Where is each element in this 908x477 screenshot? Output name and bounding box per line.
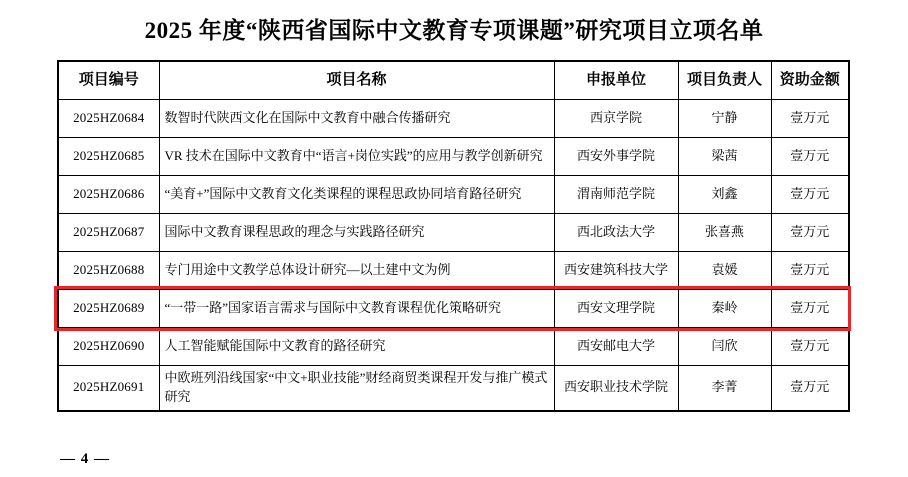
col-header-funding-amount: 资助金额 <box>771 61 849 100</box>
project-name: 国际中文教育课程思政的理念与实践路径研究 <box>159 214 554 252</box>
project-leader: 张喜燕 <box>678 214 771 252</box>
project-leader: 闫欣 <box>678 328 771 366</box>
applicant-unit: 西安邮电大学 <box>554 328 678 366</box>
project-name: “美育+”国际中文教育文化类课程的课程思政协同培育路径研究 <box>159 176 554 214</box>
project-leader: 宁静 <box>678 100 771 138</box>
table-row: 2025HZ0684 数智时代陕西文化在国际中文教育中融合传播研究 西京学院 宁… <box>58 100 849 138</box>
project-id: 2025HZ0686 <box>58 176 159 214</box>
table-header-row: 项目编号 项目名称 申报单位 项目负责人 资助金额 <box>58 61 849 100</box>
project-leader: 李菁 <box>678 366 771 411</box>
table-row-highlighted: 2025HZ0689 “一带一路”国家语言需求与国际中文教育课程优化策略研究 西… <box>58 290 849 328</box>
table-row: 2025HZ0685 VR 技术在国际中文教育中“语言+岗位实践”的应用与教学创… <box>58 138 849 176</box>
applicant-unit: 西安文理学院 <box>554 290 678 328</box>
applicant-unit: 西安职业技术学院 <box>554 366 678 411</box>
applicant-unit: 渭南师范学院 <box>554 176 678 214</box>
page-title: 2025 年度“陕西省国际中文教育专项课题”研究项目立项名单 <box>0 12 908 45</box>
table-row: 2025HZ0691 中欧班列沿线国家“中文+职业技能”财经商贸类课程开发与推广… <box>58 366 849 411</box>
project-id: 2025HZ0691 <box>58 366 159 411</box>
col-header-project-id: 项目编号 <box>58 61 159 100</box>
applicant-unit: 西安建筑科技大学 <box>554 252 678 290</box>
funding-amount: 壹万元 <box>771 366 849 411</box>
applicant-unit: 西京学院 <box>554 100 678 138</box>
applicant-unit: 西北政法大学 <box>554 214 678 252</box>
funding-amount: 壹万元 <box>771 214 849 252</box>
col-header-project-leader: 项目负责人 <box>678 61 771 100</box>
project-name: 人工智能赋能国际中文教育的路径研究 <box>159 328 554 366</box>
project-name: VR 技术在国际中文教育中“语言+岗位实践”的应用与教学创新研究 <box>159 138 554 176</box>
project-table-container: 项目编号 项目名称 申报单位 项目负责人 资助金额 2025HZ0684 数智时… <box>57 60 848 412</box>
col-header-project-name: 项目名称 <box>159 61 554 100</box>
funding-amount: 壹万元 <box>771 252 849 290</box>
project-leader: 梁茜 <box>678 138 771 176</box>
funding-amount: 壹万元 <box>771 138 849 176</box>
project-leader: 袁媛 <box>678 252 771 290</box>
applicant-unit: 西安外事学院 <box>554 138 678 176</box>
table-row: 2025HZ0690 人工智能赋能国际中文教育的路径研究 西安邮电大学 闫欣 壹… <box>58 328 849 366</box>
project-id: 2025HZ0685 <box>58 138 159 176</box>
table-row: 2025HZ0686 “美育+”国际中文教育文化类课程的课程思政协同培育路径研究… <box>58 176 849 214</box>
project-table: 项目编号 项目名称 申报单位 项目负责人 资助金额 2025HZ0684 数智时… <box>57 60 850 412</box>
table-row: 2025HZ0687 国际中文教育课程思政的理念与实践路径研究 西北政法大学 张… <box>58 214 849 252</box>
funding-amount: 壹万元 <box>771 100 849 138</box>
project-id: 2025HZ0687 <box>58 214 159 252</box>
project-name: 专门用途中文教学总体设计研究—以土建中文为例 <box>159 252 554 290</box>
funding-amount: 壹万元 <box>771 328 849 366</box>
funding-amount: 壹万元 <box>771 290 849 328</box>
project-leader: 刘鑫 <box>678 176 771 214</box>
project-id: 2025HZ0684 <box>58 100 159 138</box>
funding-amount: 壹万元 <box>771 176 849 214</box>
table-row: 2025HZ0688 专门用途中文教学总体设计研究—以土建中文为例 西安建筑科技… <box>58 252 849 290</box>
page-number: — 4 — <box>60 451 110 468</box>
project-id: 2025HZ0688 <box>58 252 159 290</box>
col-header-applicant-unit: 申报单位 <box>554 61 678 100</box>
project-id: 2025HZ0689 <box>58 290 159 328</box>
project-name: 中欧班列沿线国家“中文+职业技能”财经商贸类课程开发与推广模式研究 <box>159 366 554 411</box>
project-id: 2025HZ0690 <box>58 328 159 366</box>
project-name: 数智时代陕西文化在国际中文教育中融合传播研究 <box>159 100 554 138</box>
project-name: “一带一路”国家语言需求与国际中文教育课程优化策略研究 <box>159 290 554 328</box>
project-leader: 秦岭 <box>678 290 771 328</box>
